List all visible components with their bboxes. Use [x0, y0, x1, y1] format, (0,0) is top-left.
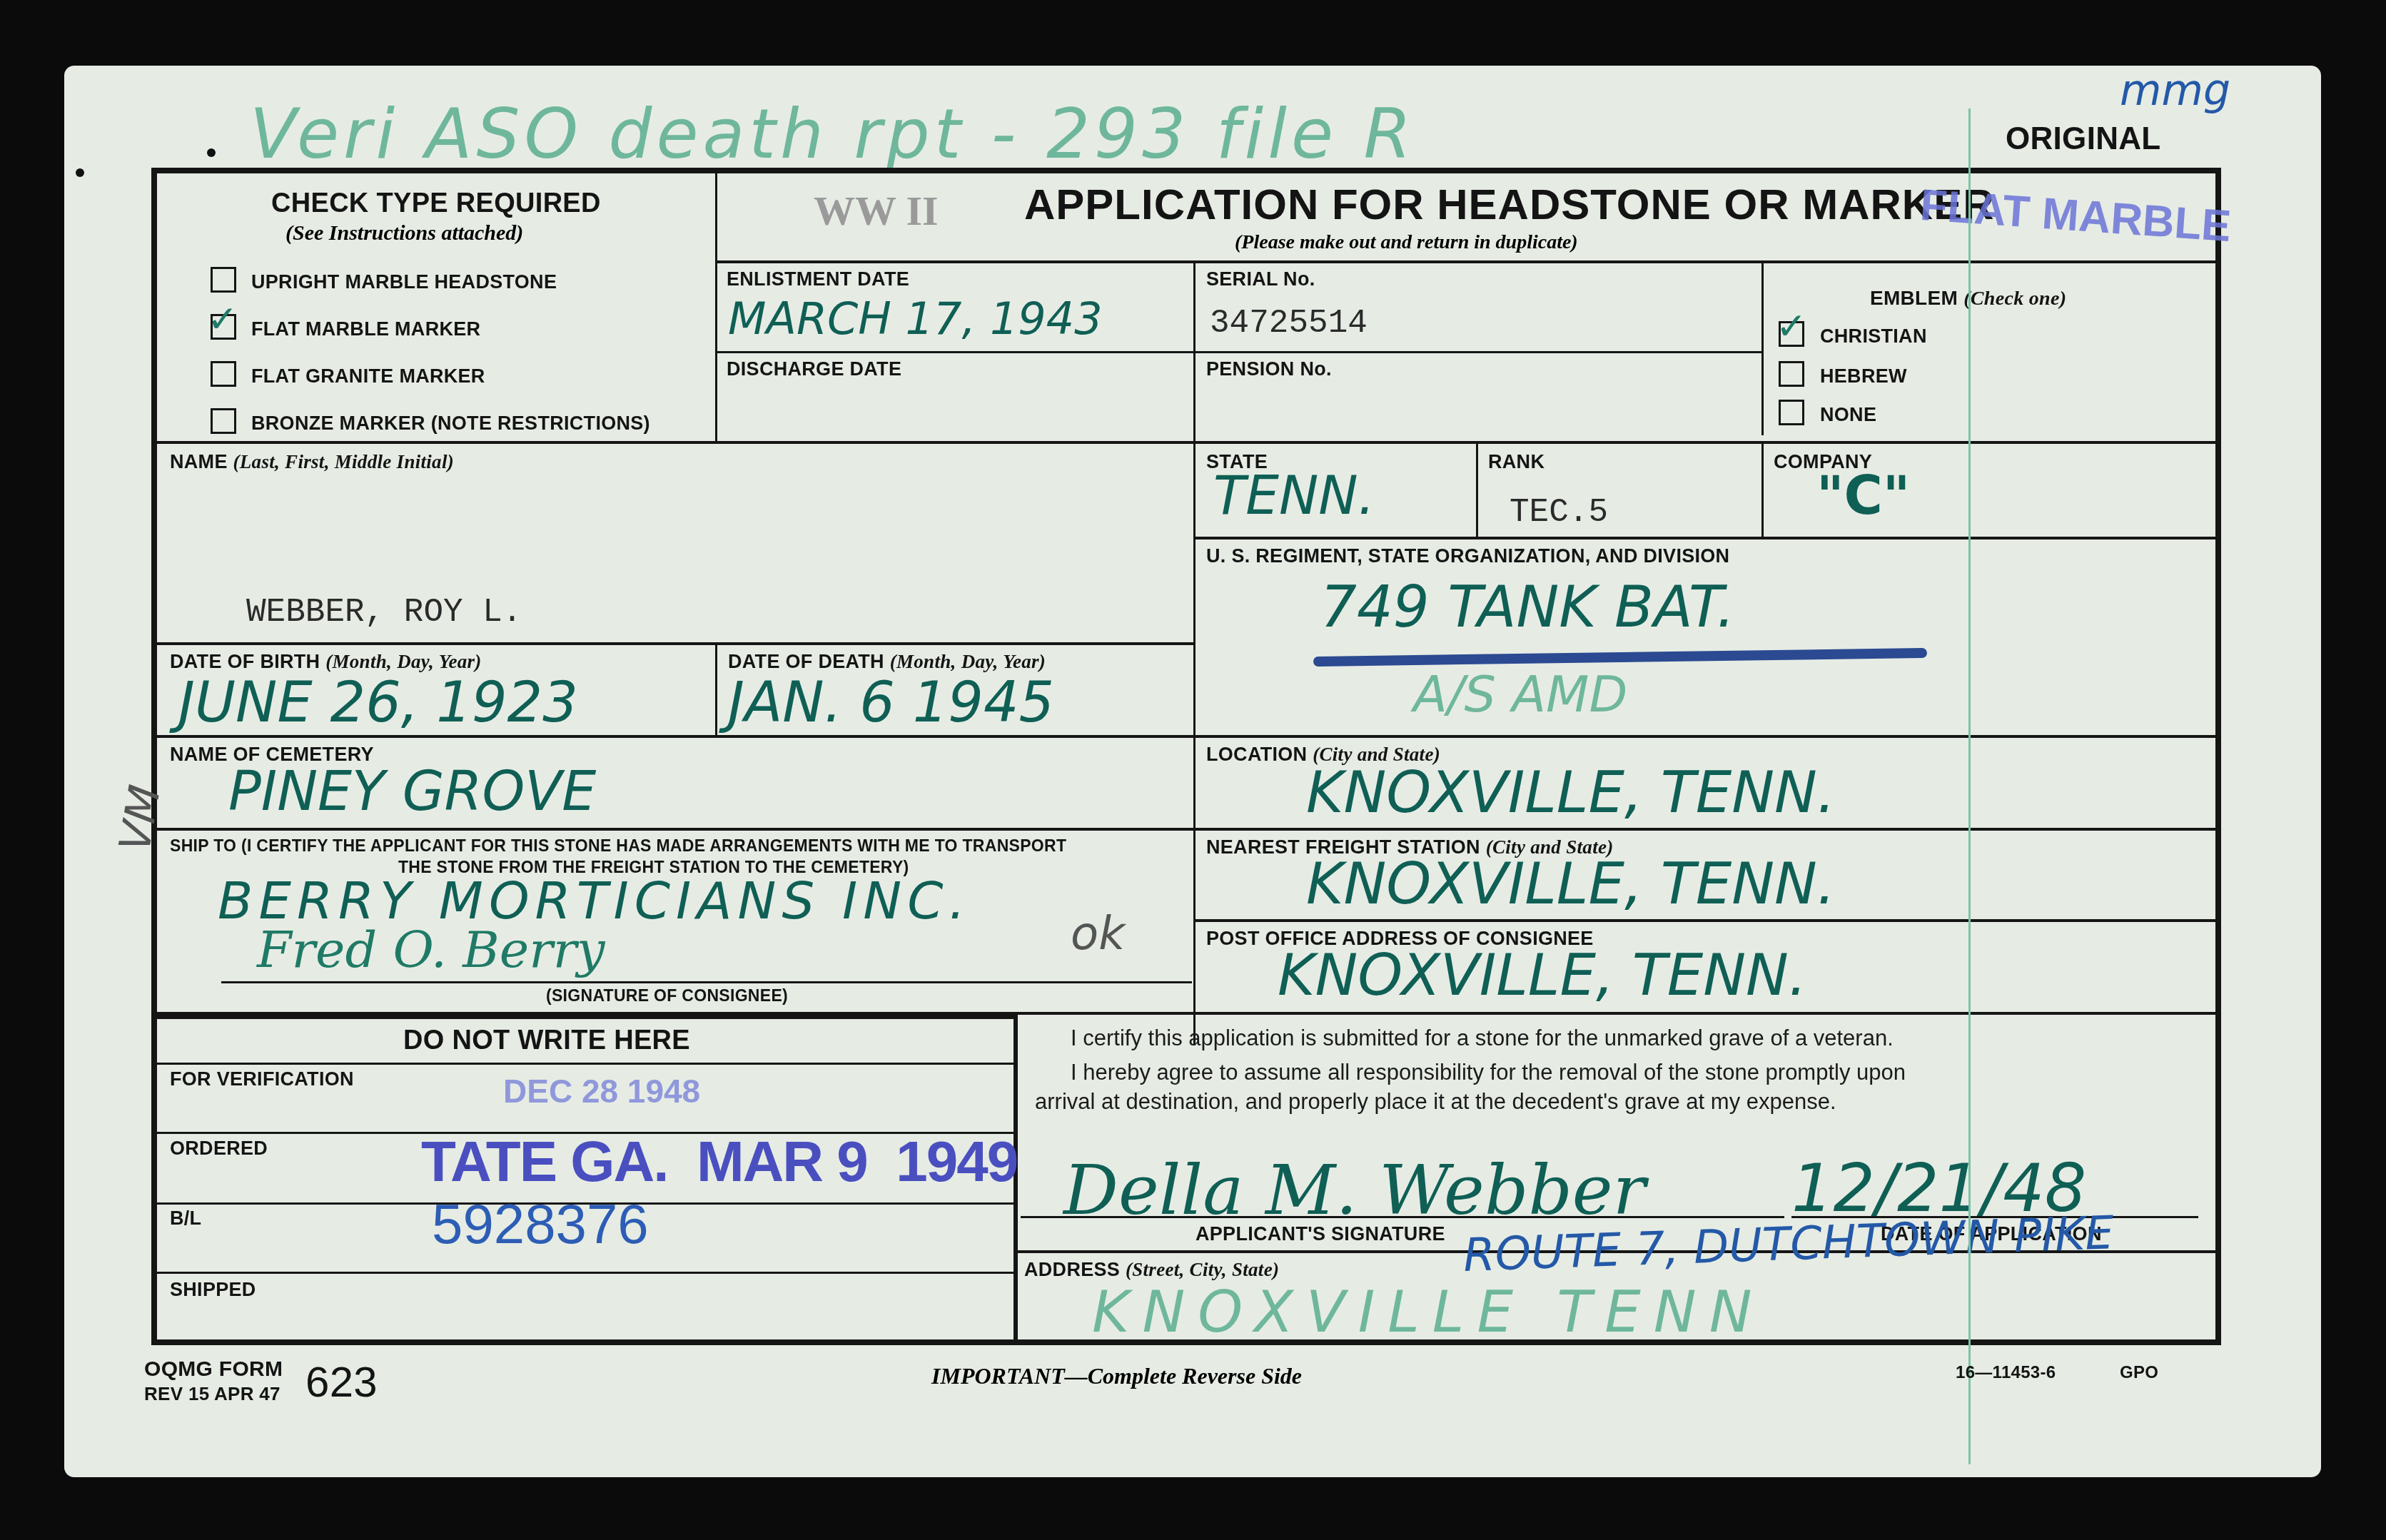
- form-number: 623: [305, 1357, 378, 1407]
- checkbox-none[interactable]: [1779, 400, 1804, 425]
- divider: [715, 351, 1193, 353]
- pension-no-label: PENSION No.: [1206, 358, 1332, 380]
- checkmark-icon: ✓: [1776, 308, 1807, 345]
- divider: [1193, 260, 1195, 1045]
- serial-no-value[interactable]: 34725514: [1210, 305, 1368, 342]
- certification-line-3: arrival at destination, and properly pla…: [1035, 1089, 1836, 1115]
- freight-station-value[interactable]: KNOXVILLE, TENN.: [1306, 851, 1835, 917]
- divider: [1761, 441, 1764, 537]
- checkmark-icon: ✓: [207, 301, 238, 338]
- cemetery-value[interactable]: PINEY GROVE: [228, 759, 596, 823]
- printer-mark: GPO: [2120, 1363, 2158, 1383]
- address-label: ADDRESS (Street, City, State): [1024, 1259, 1279, 1281]
- dob-label: DATE OF BIRTH (Month, Day, Year): [170, 651, 482, 673]
- applicant-signature[interactable]: Della M. Webber: [1063, 1150, 1646, 1230]
- divider: [157, 735, 1193, 738]
- office-use-heading: DO NOT WRITE HERE: [403, 1025, 690, 1056]
- company-value[interactable]: "C": [1816, 465, 1910, 527]
- divider: [1193, 828, 2220, 831]
- enlistment-date-label: ENLISTMENT DATE: [727, 268, 909, 290]
- divider: [157, 642, 1193, 645]
- divider: [715, 642, 717, 736]
- option-flat-marble: FLAT MARBLE MARKER: [251, 318, 480, 340]
- divider: [157, 1272, 1013, 1274]
- divider: [157, 441, 2220, 444]
- serial-no-label: SERIAL No.: [1206, 268, 1315, 290]
- checkbox-hebrew[interactable]: [1779, 361, 1804, 387]
- divider: [157, 1063, 1013, 1065]
- checkbox-bronze[interactable]: [211, 408, 236, 434]
- verification-label: FOR VERIFICATION: [170, 1068, 354, 1090]
- consignee-signature-label: (SIGNATURE OF CONSIGNEE): [546, 986, 788, 1005]
- discharge-date-label: DISCHARGE DATE: [727, 358, 901, 380]
- rank-value[interactable]: TEC.5: [1510, 494, 1608, 531]
- page-subtitle: (Please make out and return in duplicate…: [1235, 231, 1578, 254]
- divider: [1193, 735, 2220, 738]
- option-bronze: BRONZE MARKER (NOTE RESTRICTIONS): [251, 412, 650, 435]
- pen-stroke: [1968, 108, 1971, 1464]
- ok-mark: ok: [1071, 908, 1125, 961]
- divider: [1761, 260, 1764, 435]
- form-id-line-1: OQMG FORM: [144, 1357, 283, 1382]
- regiment-label: U. S. REGIMENT, STATE ORGANIZATION, AND …: [1206, 545, 1729, 567]
- checkbox-upright-marble[interactable]: [211, 267, 236, 293]
- regiment-value[interactable]: 749 TANK BAT.: [1320, 574, 1735, 640]
- war-stamp: WW II: [814, 187, 939, 235]
- ordered-label: ORDERED: [170, 1138, 268, 1160]
- applicant-signature-label: APPLICANT'S SIGNATURE: [1195, 1223, 1445, 1245]
- dod-label: DATE OF DEATH (Month, Day, Year): [728, 651, 1046, 673]
- divider: [1016, 1012, 2220, 1015]
- option-upright-marble: UPRIGHT MARBLE HEADSTONE: [251, 271, 557, 293]
- state-value[interactable]: TENN.: [1213, 465, 1375, 527]
- address-line-2[interactable]: KNOXVILLE TENN: [1092, 1279, 1764, 1345]
- top-annotation: Veri ASO death rpt - 293 file R: [250, 94, 1415, 174]
- check-type-heading: CHECK TYPE REQUIRED: [271, 188, 601, 219]
- bl-stamp: 5928376: [432, 1192, 649, 1257]
- emblem-hebrew: HEBREW: [1820, 365, 1907, 387]
- name-value[interactable]: WEBBER, ROY L.: [246, 594, 522, 631]
- divider: [157, 828, 1193, 831]
- important-note: IMPORTANT—Complete Reverse Side: [931, 1363, 1302, 1389]
- certification-line-1: I certify this application is submitted …: [1071, 1025, 1894, 1051]
- divider: [157, 1012, 1016, 1019]
- punch-hole: [207, 148, 216, 157]
- rank-label: RANK: [1488, 451, 1545, 473]
- ship-to-label: SHIP TO (I CERTIFY THE APPLICANT FOR THI…: [170, 836, 1066, 856]
- print-code: 16—11453-6: [1956, 1363, 2056, 1383]
- enlistment-date-value[interactable]: MARCH 17, 1943: [728, 293, 1103, 345]
- post-office-value[interactable]: KNOXVILLE, TENN.: [1278, 942, 1806, 1008]
- page-title: APPLICATION FOR HEADSTONE OR MARKER: [1024, 180, 1994, 229]
- consignee-signature[interactable]: Fred O. Berry: [257, 921, 605, 979]
- signature-line: [221, 981, 1192, 983]
- verification-stamp: DEC 28 1948: [503, 1072, 700, 1110]
- bl-label: B/L: [170, 1207, 201, 1230]
- divider: [715, 173, 717, 444]
- divider: [1476, 441, 1478, 537]
- signature-line: [1021, 1216, 1784, 1218]
- divider: [1193, 919, 2220, 922]
- checkbox-flat-granite[interactable]: [211, 361, 236, 387]
- option-flat-granite: FLAT GRANITE MARKER: [251, 365, 485, 387]
- copy-label: ORIGINAL: [2006, 121, 2161, 157]
- divider: [1193, 351, 1761, 353]
- location-value[interactable]: KNOXVILLE, TENN.: [1306, 759, 1835, 826]
- dob-value[interactable]: JUNE 26, 1923: [178, 671, 578, 735]
- emblem-none: NONE: [1820, 404, 1876, 426]
- regiment-annotation: A/S AMD: [1413, 665, 1627, 724]
- divider: [715, 260, 2220, 263]
- shipped-label: SHIPPED: [170, 1279, 256, 1301]
- dod-value[interactable]: JAN. 6 1945: [728, 671, 1054, 735]
- certification-line-2: I hereby agree to assume all responsibil…: [1071, 1060, 1906, 1085]
- check-type-subheading: (See Instructions attached): [285, 221, 523, 245]
- emblem-christian: CHRISTIAN: [1820, 325, 1927, 348]
- name-label: NAME (Last, First, Middle Initial): [170, 451, 454, 473]
- ordered-stamp: TATE GA. MAR 9 1949: [421, 1129, 1017, 1195]
- form-card: Veri ASO death rpt - 293 file R ORIGINAL…: [64, 66, 2321, 1477]
- punch-hole: [76, 168, 84, 177]
- reviewer-initials: mmg: [2120, 66, 2230, 116]
- divider: [1193, 537, 2220, 539]
- form-id-line-2: REV 15 APR 47: [144, 1383, 280, 1405]
